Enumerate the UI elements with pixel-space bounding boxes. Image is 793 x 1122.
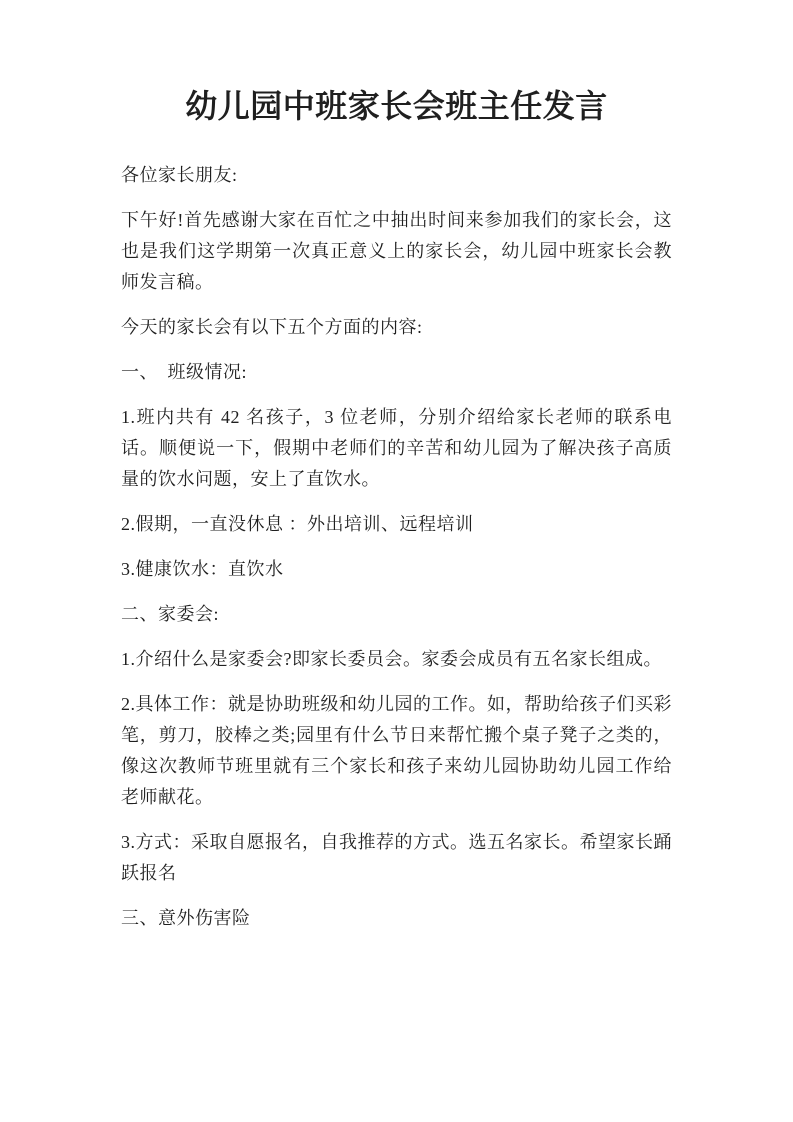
document-body: 各位家长朋友: 下午好!首先感谢大家在百忙之中抽出时间来参加我们的家长会，这也是… bbox=[121, 160, 672, 934]
section-2-item-3: 3.方式：采取自愿报名，自我推荐的方式。选五名家长。希望家长踊跃报名 bbox=[121, 827, 672, 889]
section-2-item-2: 2.具体工作：就是协助班级和幼儿园的工作。如，帮助给孩子们买彩笔，剪刀，胶棒之类… bbox=[121, 689, 672, 813]
section-2-item-1: 1.介绍什么是家委会?即家长委员会。家委会成员有五名家长组成。 bbox=[121, 644, 672, 675]
section-1-item-3: 3.健康饮水：直饮水 bbox=[121, 554, 672, 585]
section-2-heading: 二、家委会: bbox=[121, 599, 672, 630]
section-1-item-1: 1.班内共有 42 名孩子，3 位老师，分别介绍给家长老师的联系电话。顺便说一下… bbox=[121, 402, 672, 495]
document-title: 幼儿园中班家长会班主任发言 bbox=[121, 84, 672, 128]
salutation: 各位家长朋友: bbox=[121, 160, 672, 191]
greeting-paragraph: 下午好!首先感谢大家在百忙之中抽出时间来参加我们的家长会，这也是我们这学期第一次… bbox=[121, 205, 672, 298]
agenda-intro: 今天的家长会有以下五个方面的内容: bbox=[121, 312, 672, 343]
section-1-heading: 一、 班级情况: bbox=[121, 357, 672, 388]
document-page: 幼儿园中班家长会班主任发言 各位家长朋友: 下午好!首先感谢大家在百忙之中抽出时… bbox=[0, 0, 793, 1122]
section-1-item-2: 2.假期，一直没休息 ：外出培训、远程培训 bbox=[121, 509, 672, 540]
section-3-heading: 三、意外伤害险 bbox=[121, 903, 672, 934]
